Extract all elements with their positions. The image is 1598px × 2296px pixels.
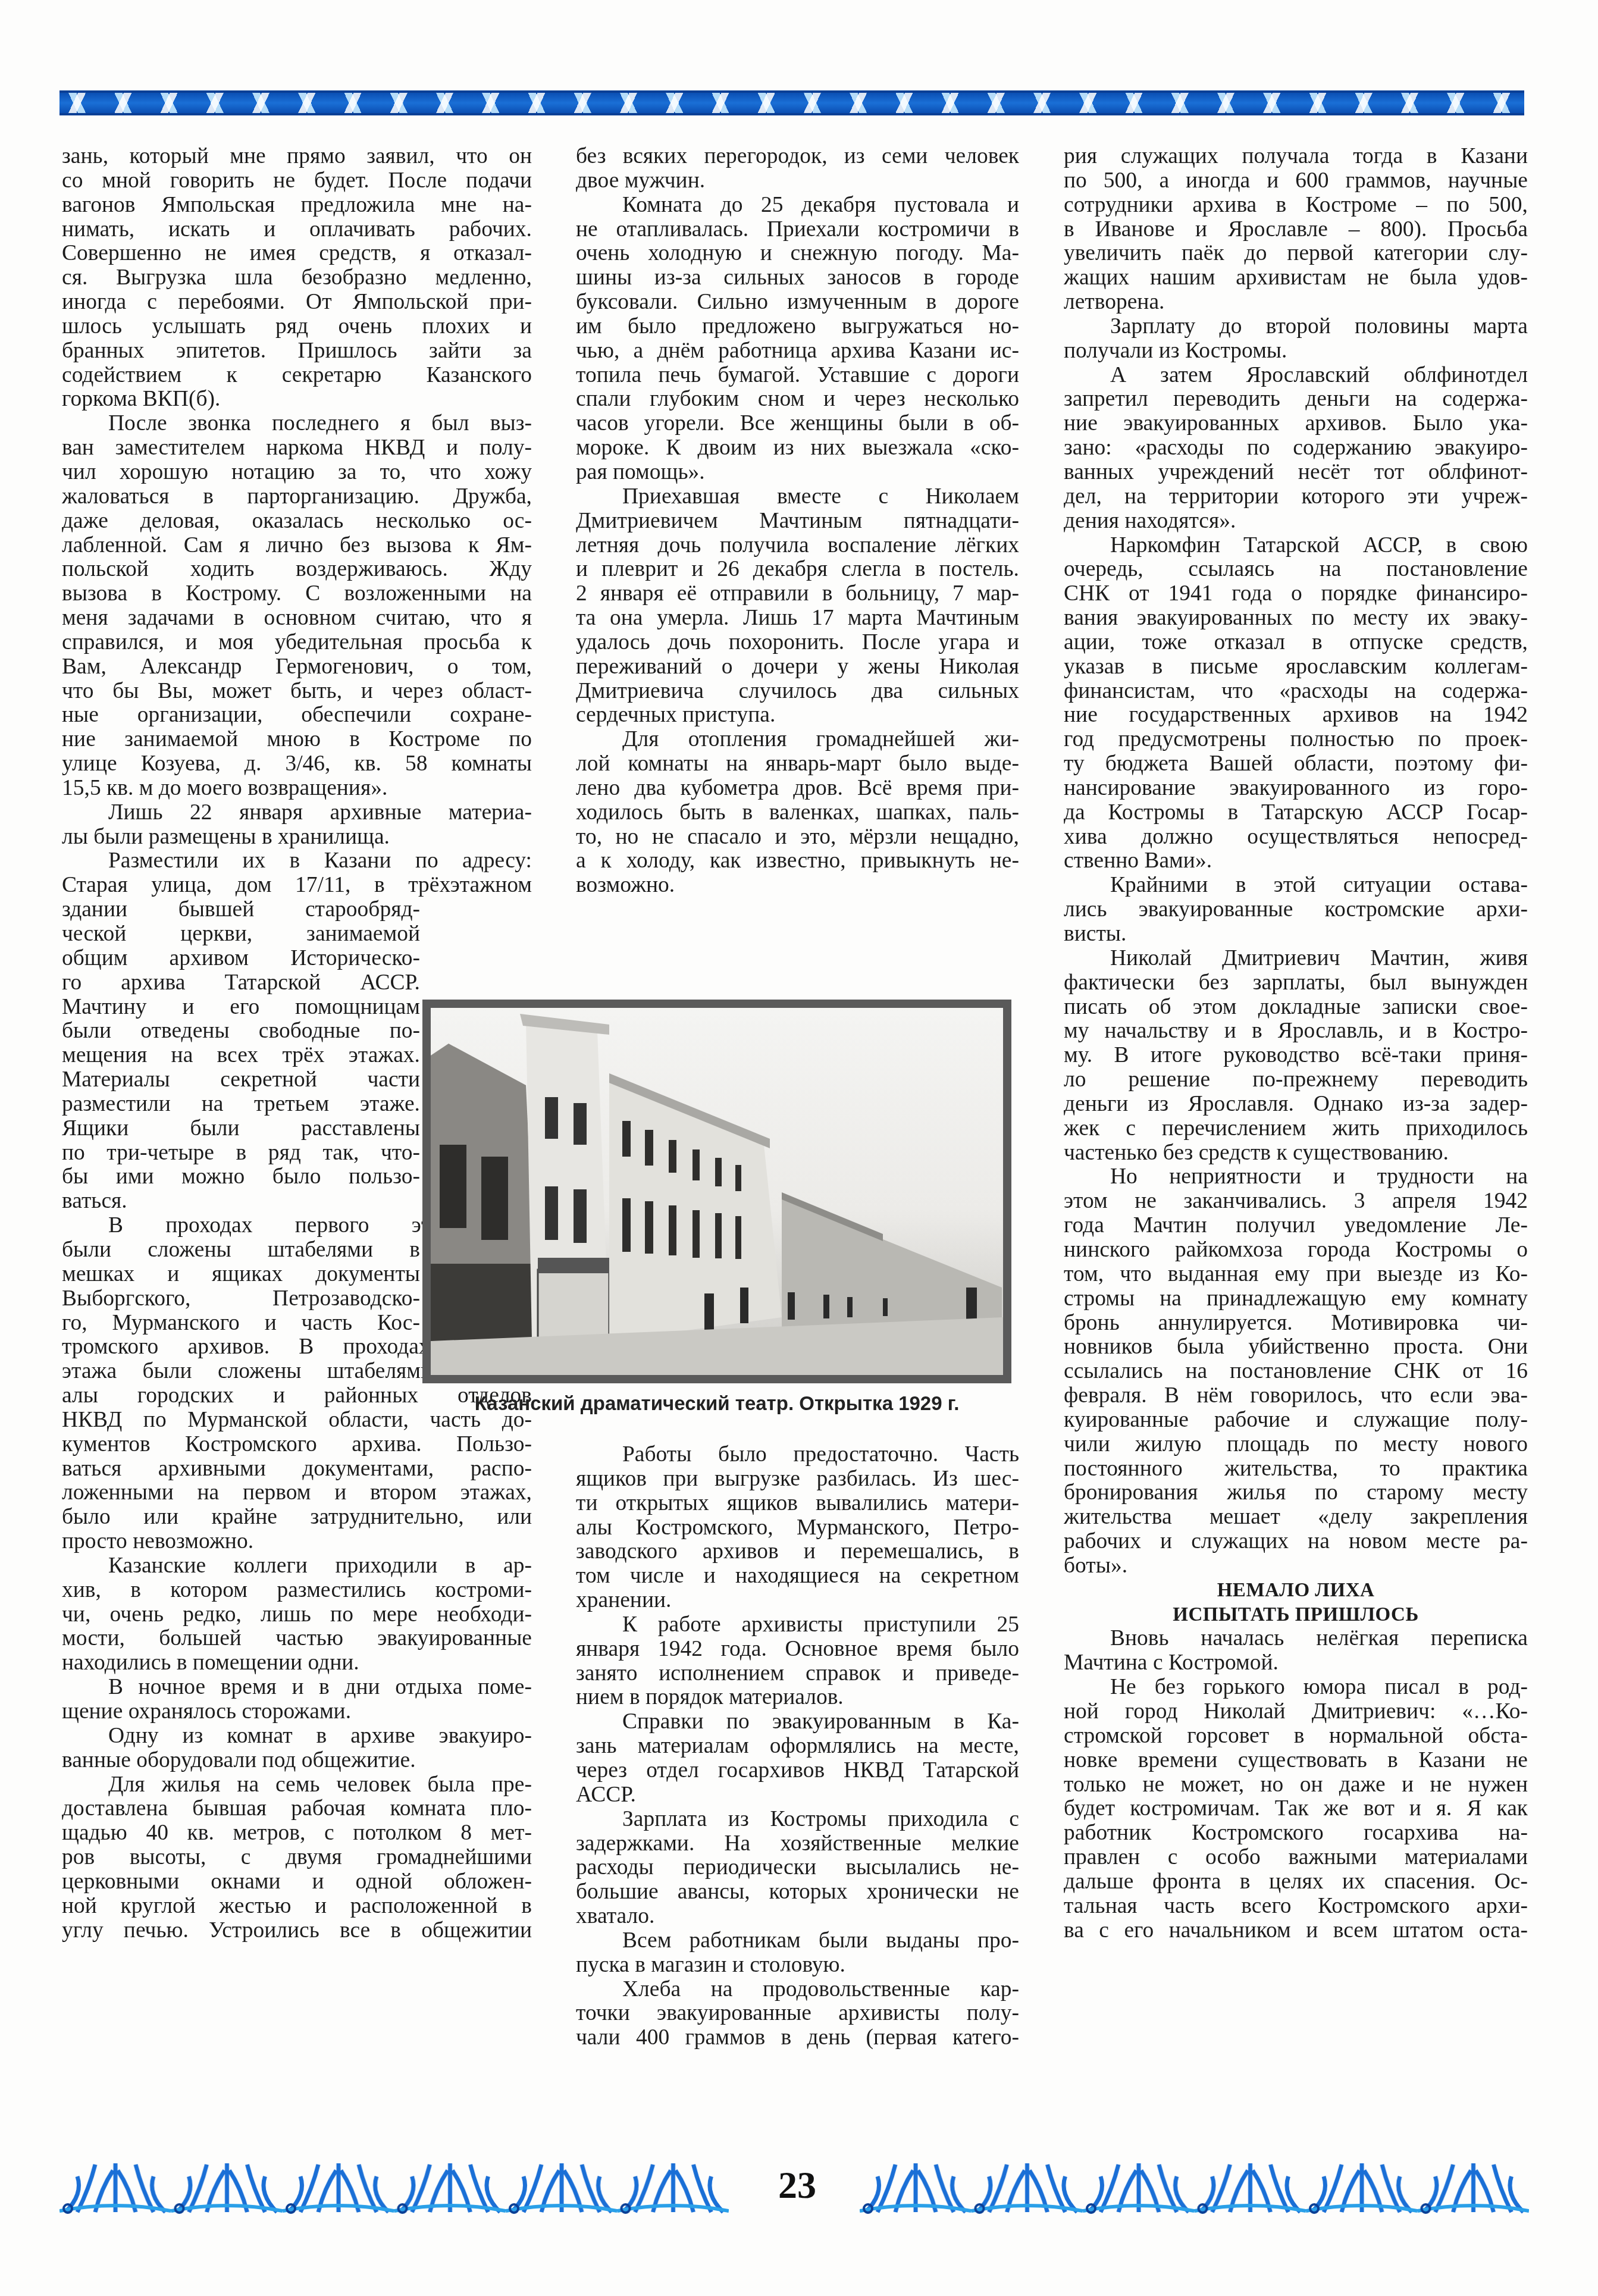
text-line: стромы на принадлежащую ему комнату [1064, 1287, 1528, 1311]
text-line: му. В итоге руководство всё-таки приня- [1064, 1044, 1528, 1068]
text-line: задержками. На хозяйственные мелкие [576, 1832, 1019, 1856]
text-line: находились в помещении одни. [62, 1651, 532, 1675]
text-line: только не может, но он даже и не нужен [1064, 1773, 1528, 1797]
text-line: вания эвакуированных по месту их эваку- [1064, 606, 1528, 631]
text-line: ванных учреждений несёт тот облфинот- [1064, 461, 1528, 485]
text-line: нимать, искать и оплачивать рабочих. [62, 218, 532, 242]
text-line: будет костромичам. Так же вот и я. Я как [1064, 1797, 1528, 1821]
text-line: вызова в Кострому. С возложенными на [62, 582, 532, 606]
text-line: му начальству и в Ярославль, и в Костро- [1064, 1019, 1528, 1044]
text-line: по три-четыре в ряд так, что- [62, 1141, 420, 1166]
text-line: мешках и ящиках документы [62, 1263, 420, 1287]
text-line: даже деловая, оказалась несколько ос- [62, 509, 532, 534]
text-line: Материалы секретной части [62, 1068, 420, 1092]
footer-ornament: 23 [59, 2159, 1529, 2216]
text-line: ящиков при выгрузке разбилась. Из шес- [576, 1467, 1019, 1492]
text-line: точки эвакуированные архивисты полу- [576, 2001, 1019, 2026]
text-line: Вам, Александр Гермогенович, о том, [62, 655, 532, 679]
text-line: хранении. [576, 1589, 1019, 1613]
text-line: мороке. К двоим из них выезжала «ско- [576, 436, 1019, 461]
text-line: Не без горького юмора писал в род- [1064, 1675, 1528, 1700]
text-line: зань, который мне прямо заявил, что он [62, 145, 532, 169]
text-line: год предусмотрены полностью по проек- [1064, 728, 1528, 752]
text-line: доставлена бывшая рабочая комната пло- [62, 1797, 532, 1821]
text-line: часов угорели. Все женщины были в об- [576, 412, 1019, 436]
text-line: нансирование эвакуированного из горо- [1064, 776, 1528, 801]
street-scene-illustration [431, 1008, 1003, 1375]
text-line: хив, в котором разместились костроми- [62, 1578, 532, 1603]
text-line: со мной говорить не будет. После подачи [62, 169, 532, 193]
text-line: фактически без зарплаты, был вынужден [1064, 971, 1528, 995]
text-line: После звонка последнего я был выз- [62, 412, 532, 436]
footer-ornament-right [860, 2159, 1529, 2216]
text-line: 15,5 кв. м до моего возвращения». [62, 776, 532, 801]
text-line: да Костромы в Татарскую АССР Госар- [1064, 801, 1528, 825]
text-line: через отдел госархивов НКВД Татарской [576, 1759, 1019, 1783]
text-line: и плеврит и 26 декабря слегла в постель. [576, 557, 1019, 582]
text-line: ложенными на первом и втором этажах, [62, 1481, 532, 1505]
text-line: А затем Ярославский облфинотдел [1064, 364, 1528, 388]
text-line: возможно. [576, 873, 1019, 898]
text-line: то, но не спасало и это, мёрзли нещадно, [576, 825, 1019, 850]
article-column-middle-bottom: Работы было предостаточно. Частьящиков п… [576, 1443, 1019, 2050]
text-line: им было предложено выгружаться но- [576, 315, 1019, 339]
text-line: Совершенно не имея средств, я отказал- [62, 242, 532, 266]
text-line: что бы Вы, может быть, и через област- [62, 679, 532, 704]
photo-caption: Казанский драматический театр. Открытка … [416, 1392, 1017, 1415]
text-line: ванные оборудовали под общежитие. [62, 1749, 532, 1773]
text-line: чали 400 граммов в день (первая катего- [576, 2026, 1019, 2050]
text-line: ственно Вами». [1064, 849, 1528, 873]
theatre-street-image [431, 1008, 1003, 1375]
text-line: расходы периодически высылались не- [576, 1856, 1019, 1880]
text-line: ние эвакуированных архивов. Было ука- [1064, 412, 1528, 436]
text-line: углу печью. Устроились все в общежитии [62, 1919, 532, 1943]
text-line: Выборгского, Петрозаводско- [62, 1287, 420, 1311]
text-line: ние государственных архивов на 1942 [1064, 703, 1528, 728]
text-line: большие авансы, которых хронически не [576, 1880, 1019, 1905]
text-line: здании бывшей старообряд- [62, 898, 420, 922]
text-line: ров высоты, с двумя громаднейшими [62, 1846, 532, 1870]
text-line: лы были размещены в хранилища. [62, 825, 532, 850]
text-line: Справки по эвакуированным в Ка- [576, 1710, 1019, 1734]
text-line: дения находятся». [1064, 509, 1528, 534]
text-line: частенько без средств к существованию. [1064, 1141, 1528, 1166]
text-line: очень холодную и снежную погоду. Ма- [576, 242, 1019, 266]
text-line: тальная часть всего Костромского архи- [1064, 1894, 1528, 1919]
text-line: ти открытых ящиков вывалились матери- [576, 1492, 1019, 1516]
text-line: содействием к секретарю Казанского [62, 364, 532, 388]
text-line: висты. [1064, 922, 1528, 947]
text-line: по 500, а иногда и 600 граммов, научные [1064, 169, 1528, 193]
text-line: ние занимаемой мною в Костроме по [62, 728, 532, 752]
text-line: Но неприятности и трудности на [1064, 1165, 1528, 1189]
postcard-photo [422, 1000, 1011, 1383]
text-line: без всяких перегородок, из семи человек [576, 145, 1019, 169]
text-line: зань материалам оформлялись на месте, [576, 1734, 1019, 1759]
text-line: заводского архивов и перемешались, в [576, 1540, 1019, 1564]
text-line: та она умерла. Лишь 17 марта Мачтиным [576, 606, 1019, 631]
text-line: лабленной. Сам я лично без вызова к Ям- [62, 534, 532, 558]
text-line: чил хорошую нотацию за то, что хожу [62, 461, 532, 485]
text-line: года Мачтин получил уведомление Ле- [1064, 1214, 1528, 1238]
text-line: не отапливалась. Приехали костромичи в [576, 218, 1019, 242]
text-line: стромской горсовет в нормальной обста- [1064, 1724, 1528, 1749]
text-line: получали из Костромы. [1064, 339, 1528, 364]
text-line: деньги из Ярославля. Однако из-за задер- [1064, 1092, 1528, 1117]
text-line: улице Козуева, д. 3/46, кв. 58 комнаты [62, 752, 532, 776]
page-number: 23 [773, 2163, 821, 2207]
text-line: Наркомфин Татарской АССР, в свою [1064, 534, 1528, 558]
text-line: зано: «расходы по содержанию эвакуиро- [1064, 436, 1528, 461]
text-line: новке времени существовать в Казани не [1064, 1749, 1528, 1773]
middle-column-top-text: без всяких перегородок, из семи человекд… [576, 145, 1019, 898]
text-line: летняя дочь получила воспаление лёгких [576, 534, 1019, 558]
text-line: церковными окнами и одной обложен- [62, 1870, 532, 1894]
text-line: 2 января её отправили в больницу, 7 мар- [576, 582, 1019, 606]
text-line: общим архивом Историческо- [62, 947, 420, 971]
text-line: том числе и находящиеся на секретном [576, 1564, 1019, 1589]
text-line: Николай Дмитриевич Мачтин, живя [1064, 947, 1528, 971]
text-line: го архива Татарской АССР. [62, 971, 420, 995]
text-line: меня задачами в основном считаю, что я [62, 606, 532, 631]
text-line: мости, большей частью эвакуированные [62, 1627, 532, 1651]
text-line: двое мужчин. [576, 169, 1019, 193]
text-line: Приехавшая вместе с Николаем [576, 485, 1019, 509]
text-line: мещения на всех трёх этажах. [62, 1044, 420, 1068]
text-line: Ящики были расставлены [62, 1117, 420, 1141]
text-line: нинского райкомхоза города Костромы о [1064, 1238, 1528, 1263]
text-line: правлен с особо важными материалами [1064, 1846, 1528, 1870]
text-line: переживаний о дочери у жены Николая [576, 655, 1019, 679]
text-line: Крайними в этой ситуации остава- [1064, 873, 1528, 898]
text-line: увеличить паёк до первой категории слу- [1064, 242, 1528, 266]
text-line: В ночное время и в дни отдыха поме- [62, 1675, 532, 1700]
text-line: польской ходить воздерживаюсь. Жду [62, 557, 532, 582]
text-line: жек с перечислением жить приходилось [1064, 1117, 1528, 1141]
text-line: бранных эпитетов. Пришлось зайти за [62, 339, 532, 364]
text-line: Старая улица, дом 17/11, в трёхэтажном [62, 873, 532, 898]
text-line: Вновь началась нелёгкая переписка [1064, 1627, 1528, 1651]
text-line: новников была убийственно проста. Они [1064, 1335, 1528, 1360]
text-line: жаловаться в парторганизацию. Дружба, [62, 485, 532, 509]
text-line: ческой церкви, занимаемой [62, 922, 420, 947]
text-line: пуска в магазин и столовую. [576, 1953, 1019, 1978]
text-line: запретил переводить деньги на содержа- [1064, 387, 1528, 412]
text-line: хватало. [576, 1905, 1019, 1929]
text-line: Работы было предостаточно. Часть [576, 1443, 1019, 1467]
text-line: го, Мурманского и часть Кос- [62, 1311, 420, 1336]
text-line: сердечных приступа. [576, 703, 1019, 728]
text-line: Дмитриевичем Мачтиным пятнадцати- [576, 509, 1019, 534]
text-line: ту бюджета Вашей области, поэтому фи- [1064, 752, 1528, 776]
text-line: нием в порядок материалов. [576, 1686, 1019, 1710]
text-line: Мачтину и его помощницам [62, 995, 420, 1020]
text-line: АССР. [576, 1783, 1019, 1808]
text-line: были отведены свободные по- [62, 1019, 420, 1044]
text-line: сотрудники архива в Костроме – по 500, [1064, 193, 1528, 218]
text-line: Казанские коллеги приходили в ар- [62, 1554, 532, 1578]
text-line: Зарплату до второй половины марта [1064, 315, 1528, 339]
text-line: СНК от 1941 года о порядке финансиро- [1064, 582, 1528, 606]
text-line: шлось услышать ряд очень плохих и [62, 315, 532, 339]
text-line: бы ими можно было пользо- [62, 1165, 420, 1189]
text-line: алы Костромского, Мурманского, Петро- [576, 1516, 1019, 1540]
text-line: Одну из комнат в архиве эвакуиро- [62, 1724, 532, 1749]
text-line: горкома ВКП(б). [62, 387, 532, 412]
text-line: хива должно осуществляться непосред- [1064, 825, 1528, 850]
text-line: буксовали. Сильно измученным в дороге [576, 290, 1019, 315]
text-line: ся. Выгрузка шла безобразно медленно, [62, 266, 532, 290]
text-line: лой комнаты на январь-март было выде- [576, 752, 1019, 776]
text-line: Лишь 22 января архивные материа- [62, 801, 532, 825]
text-line: работник Костромского госархива на- [1064, 1821, 1528, 1846]
text-line: спали глубоким сном и через несколько [576, 387, 1019, 412]
text-line: февраля. В нём говорилось, что если эва- [1064, 1384, 1528, 1408]
text-line: лено два кубометра дров. Всё время при- [576, 776, 1019, 801]
text-line: финансистам, что «расходы на содержа- [1064, 679, 1528, 704]
section-heading-line: НЕМАЛО ЛИХА [1064, 1578, 1528, 1603]
text-line: было или крайне затруднительно, или [62, 1505, 532, 1530]
text-line: Для отопления громаднейшей жи- [576, 728, 1019, 752]
text-line: куированные рабочие и служащие полу- [1064, 1408, 1528, 1433]
text-line: ной круглой жестью и расположенной в [62, 1894, 532, 1919]
text-line: дальше фронта в целях их спасения. Ос- [1064, 1870, 1528, 1894]
text-line: том, что выданная ему при выезде из Ко- [1064, 1263, 1528, 1287]
text-line: Всем работникам были выданы про- [576, 1929, 1019, 1953]
text-line: Разместили их в Казани по адресу: [62, 849, 532, 873]
text-line: В проходах первого этажа [62, 1214, 466, 1238]
text-line: лись эвакуированные костромские архи- [1064, 898, 1528, 922]
text-line: ва с его начальником и всем штатом оста- [1064, 1919, 1528, 1943]
footer-ornament-left [59, 2159, 729, 2216]
text-line: вагонов Ямпольская предложила мне на- [62, 193, 532, 218]
text-line: были сложены штабелями в [62, 1238, 420, 1263]
text-line: рия служащих получала тогда в Казани [1064, 145, 1528, 169]
text-line: справился, и моя убедительная просьба к [62, 631, 532, 655]
text-line: указав в письме ярославским коллегам- [1064, 655, 1528, 679]
text-line: иногда с перебоями. От Ямпольской при- [62, 290, 532, 315]
text-line: щадью 40 кв. метров, с потолком 8 мет- [62, 1821, 532, 1846]
text-line: бронь аннулируется. Мотивировка чи- [1064, 1311, 1528, 1336]
text-line: ации, тоже отказал в отпуске средств, [1064, 631, 1528, 655]
text-line: шины из-за сильных заносов в городе [576, 266, 1019, 290]
text-line: Хлеба на продовольственные кар- [576, 1978, 1019, 2002]
text-line: января 1942 года. Основное время было [576, 1637, 1019, 1662]
text-line: этом не заканчивались. 3 апреля 1942 [1064, 1189, 1528, 1214]
text-line: просто невозможно. [62, 1530, 532, 1554]
text-line: Мачтина с Костромой. [1064, 1651, 1528, 1675]
text-line: ные организации, обеспечили сохране- [62, 703, 532, 728]
text-line: ваться архивными документами, распо- [62, 1457, 532, 1481]
text-line: постоянного жительства, то практика [1064, 1457, 1528, 1481]
text-line: ваться. [62, 1189, 420, 1214]
text-line: Комната до 25 декабря пустовала и [576, 193, 1019, 218]
text-line: топила печь бумагой. Уставшие с дороги [576, 364, 1019, 388]
text-line: очередь, ссылаясь на постановление [1064, 557, 1528, 582]
text-line: рабочих и служащих на новом месте ра- [1064, 1530, 1528, 1554]
text-line: дел, на территории которого эти учреж- [1064, 485, 1528, 509]
text-line: чи, очень редко, лишь по мере необходи- [62, 1603, 532, 1627]
article-column-right: рия служащих получала тогда в Казанипо 5… [1064, 145, 1528, 1943]
text-line: Зарплата из Костромы приходила с [576, 1808, 1019, 1832]
text-line: разместили на третьем этаже. [62, 1092, 420, 1117]
text-line: ло решение по-прежнему переводить [1064, 1068, 1528, 1092]
section-heading-line: ИСПЫТАТЬ ПРИШЛОСЬ [1064, 1603, 1528, 1627]
text-line: летворена. [1064, 290, 1528, 315]
text-line: К работе архивисты приступили 25 [576, 1613, 1019, 1637]
text-line: ссылались на постановление СНК от 16 [1064, 1360, 1528, 1384]
text-line: жительства мешает «делу закрепления [1064, 1505, 1528, 1530]
text-line: а к холоду, как известно, привыкнуть не- [576, 849, 1019, 873]
text-line: ходилось быть в валенках, шапках, паль- [576, 801, 1019, 825]
text-line: ван заместителем наркома НКВД и полу- [62, 436, 532, 461]
text-line: в Иванове и Ярославле – 800). Просьба [1064, 218, 1528, 242]
header-ornament-band [59, 90, 1524, 115]
text-line: рая помощь». [576, 461, 1019, 485]
text-line: кументов Костромского архива. Пользо- [62, 1433, 532, 1457]
text-line: удалось дочь похоронить. После угара и [576, 631, 1019, 655]
text-line: бронирования жилья по старому месту [1064, 1481, 1528, 1505]
text-line: боты». [1064, 1554, 1528, 1578]
text-line: писать об этом докладные записки свое- [1064, 995, 1528, 1020]
text-line: жащих нашим архивистам не была удов- [1064, 266, 1528, 290]
text-line: Для жилья на семь человек была пре- [62, 1773, 532, 1797]
text-line: Дмитриевича случилось два сильных [576, 679, 1019, 704]
text-line: чили жилую площадь по месту нового [1064, 1433, 1528, 1457]
text-line: чью, а днём работница архива Казани ис- [576, 339, 1019, 364]
text-line: ной город Николай Дмитриевич: «…Ко- [1064, 1700, 1528, 1724]
text-line: занято исполнением справок и приведе- [576, 1662, 1019, 1686]
text-line: щение охранялось сторожами. [62, 1700, 532, 1724]
